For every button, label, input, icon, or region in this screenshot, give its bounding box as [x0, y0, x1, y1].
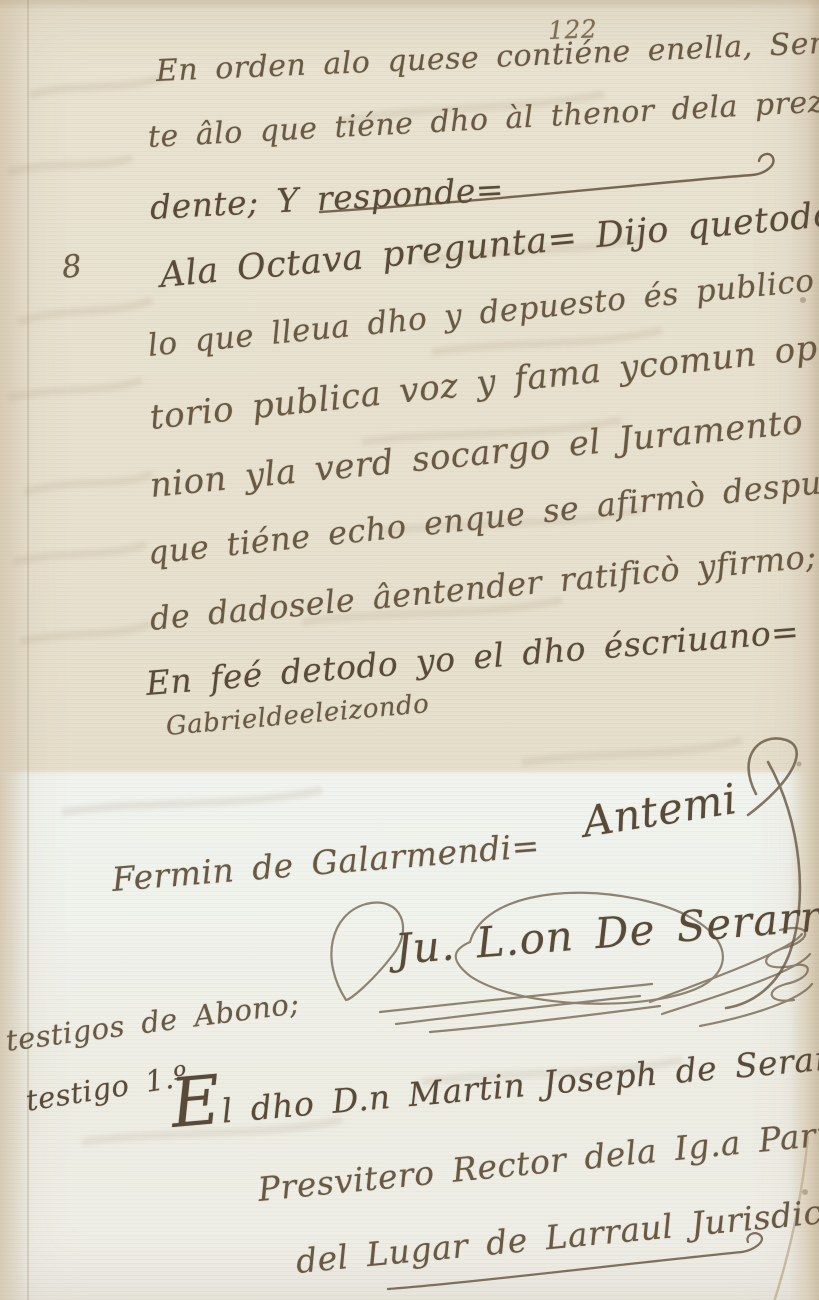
witness-signature-left: Fermin de Galarmendi=: [110, 826, 541, 899]
page-left-edge: [0, 0, 28, 1300]
body-line: Ala Octava pregunta= Dijo quetodo: [158, 195, 819, 296]
body-line: te âlo que tiéne dho àl thenor dela prez…: [147, 83, 819, 155]
footer-line: El dho D.n Martin Joseph de Serarrain: [170, 1032, 819, 1134]
body-line: nion yla verd socargo el Juramento: [148, 402, 805, 506]
footer-underline: [388, 1233, 762, 1289]
bleedthrough-marks: [8, 78, 742, 1142]
page-crease: [27, 0, 29, 1300]
body-line: En orden alo quese contiéne enella, Sere…: [155, 23, 819, 89]
footer-line: Presvitero Rector dela Ig.a Parroquial: [256, 1103, 819, 1208]
page-right-edge: [789, 0, 819, 1300]
main-signature: Ju. L.on De Serarrain: [393, 886, 819, 974]
ante-mi-signature: Antemi: [579, 774, 740, 847]
signature-rubric: [331, 893, 812, 1032]
footer-line: del Lugar de Larraul Jurisdicion de: [294, 1182, 819, 1281]
scribe-signature: Gabrieldeeleizondo: [165, 689, 431, 742]
margin-question-number: 8: [60, 248, 84, 286]
margin-witness-label: testigo 1.º: [23, 1059, 190, 1118]
page-number: 122: [547, 14, 597, 45]
body-line: En feé detodo yo el dho éscriuano=: [144, 612, 800, 703]
body-line: de dadosele âentender ratificò yfirmo;: [148, 537, 818, 638]
body-line: lo que lleua dho y depuesto és publico y…: [146, 254, 819, 364]
body-line: dente; Y responde=: [149, 169, 505, 226]
flourish-layer: [0, 0, 819, 1300]
page-top-edge: [0, 0, 819, 10]
body-line: torio publica voz y fama ycomun opi-: [148, 326, 819, 438]
margin-witness-heading: testigos de Abono;: [4, 986, 301, 1058]
responde-rule: [320, 154, 773, 212]
manuscript-page: 122 8 En orden alo quese contiéne enella…: [0, 0, 819, 1300]
body-line: que tiéne echo enque se afirmò despues: [146, 460, 819, 572]
